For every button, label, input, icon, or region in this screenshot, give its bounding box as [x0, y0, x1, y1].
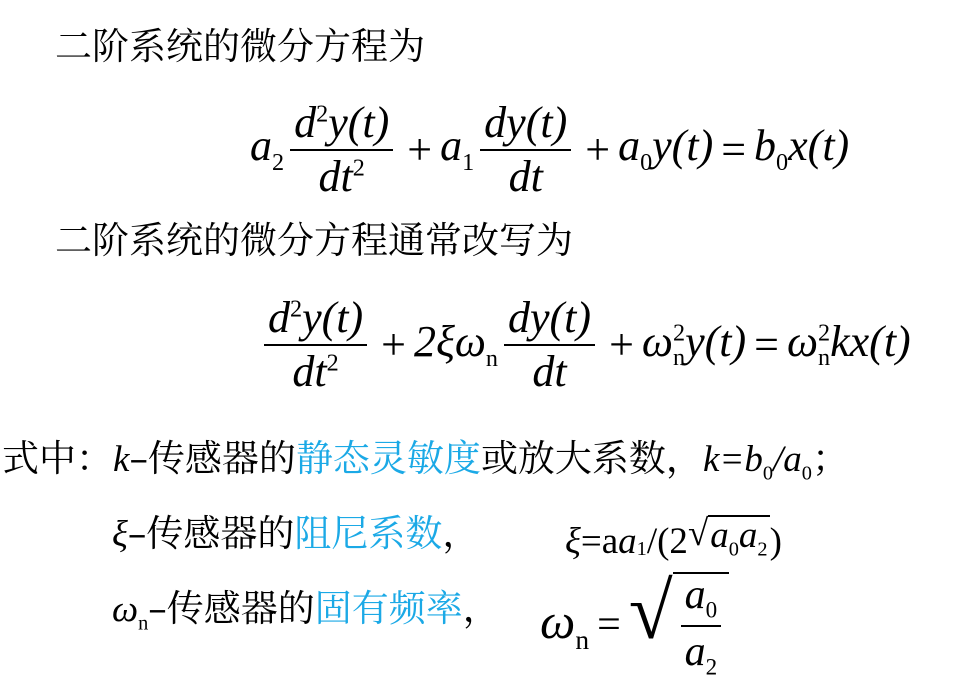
definition-text: ，: [463, 587, 500, 630]
definition-text: –传感器的: [128, 512, 295, 555]
semicolon: ；: [812, 437, 849, 480]
definition-text: 或放大系数，: [481, 437, 703, 480]
formula-k: k=b0/a0: [703, 439, 812, 480]
heading-rewritten-equation: 二阶系统的微分方程通常改写为: [55, 222, 573, 259]
definition-prefix: 式中：: [2, 437, 113, 480]
term-b0-x: b0x(t): [754, 124, 849, 175]
coef-2-xi-omega: 2ξωn: [414, 320, 498, 371]
definition-k: 式中：k–传感器的静态灵敏度或放大系数，k=b0/a0；: [2, 440, 849, 484]
heading-differential-equation: 二阶系统的微分方程为: [55, 28, 425, 65]
formula-xi: ξ =aaa1/(2 √a0a2): [565, 515, 782, 560]
equals-sign: =: [721, 128, 746, 172]
definition-text: –传感器的: [148, 587, 315, 630]
highlight-natural-frequency: 固有频率: [315, 587, 463, 630]
fraction-first-derivative: dy(t) dt: [504, 296, 595, 394]
symbol-omega-n: ωn: [112, 589, 148, 630]
definition-text: –传感器的: [129, 437, 296, 480]
term-a0-y: a0y(t): [618, 124, 713, 175]
plus-sign: +: [609, 323, 634, 367]
plus-sign: +: [381, 323, 406, 367]
sqrt-a0-a2: √a0a2: [688, 515, 770, 560]
equation-general-form: a2 d2y(t) dt2 + a1 dy(t) dt + a0y(t) = b…: [250, 92, 849, 207]
fraction-second-derivative: d2y(t) dt2: [290, 101, 393, 199]
plus-sign: +: [407, 128, 432, 172]
definition-omega-n: ωn–传感器的固有频率，: [112, 590, 500, 634]
equals-sign: =: [754, 323, 779, 367]
sqrt-a0-over-a2: √ a0a2: [629, 572, 729, 679]
coef-a2: a2: [250, 124, 284, 175]
equation-standard-form: d2y(t) dt2 + 2ξωn dy(t) dt + ω2ny(t) = ω…: [258, 290, 911, 400]
definition-xi: ξ–传感器的阻尼系数，: [112, 515, 479, 553]
symbol-xi: ξ: [112, 514, 128, 555]
term-omega-squared-y: ω2ny(t): [642, 320, 746, 371]
formula-omega-n: ωn = √ a0a2: [540, 575, 729, 675]
highlight-damping-ratio: 阻尼系数: [294, 512, 442, 555]
term-omega-squared-kx: ω2nkx(t): [787, 320, 911, 371]
coef-a1: a1: [440, 124, 474, 175]
definition-text: ，: [442, 512, 479, 555]
plus-sign: +: [585, 128, 610, 172]
fraction-second-derivative: d2y(t) dt2: [264, 296, 367, 394]
fraction-first-derivative: dy(t) dt: [480, 101, 571, 199]
highlight-static-sensitivity: 静态灵敏度: [296, 437, 481, 480]
symbol-k: k: [113, 439, 129, 480]
